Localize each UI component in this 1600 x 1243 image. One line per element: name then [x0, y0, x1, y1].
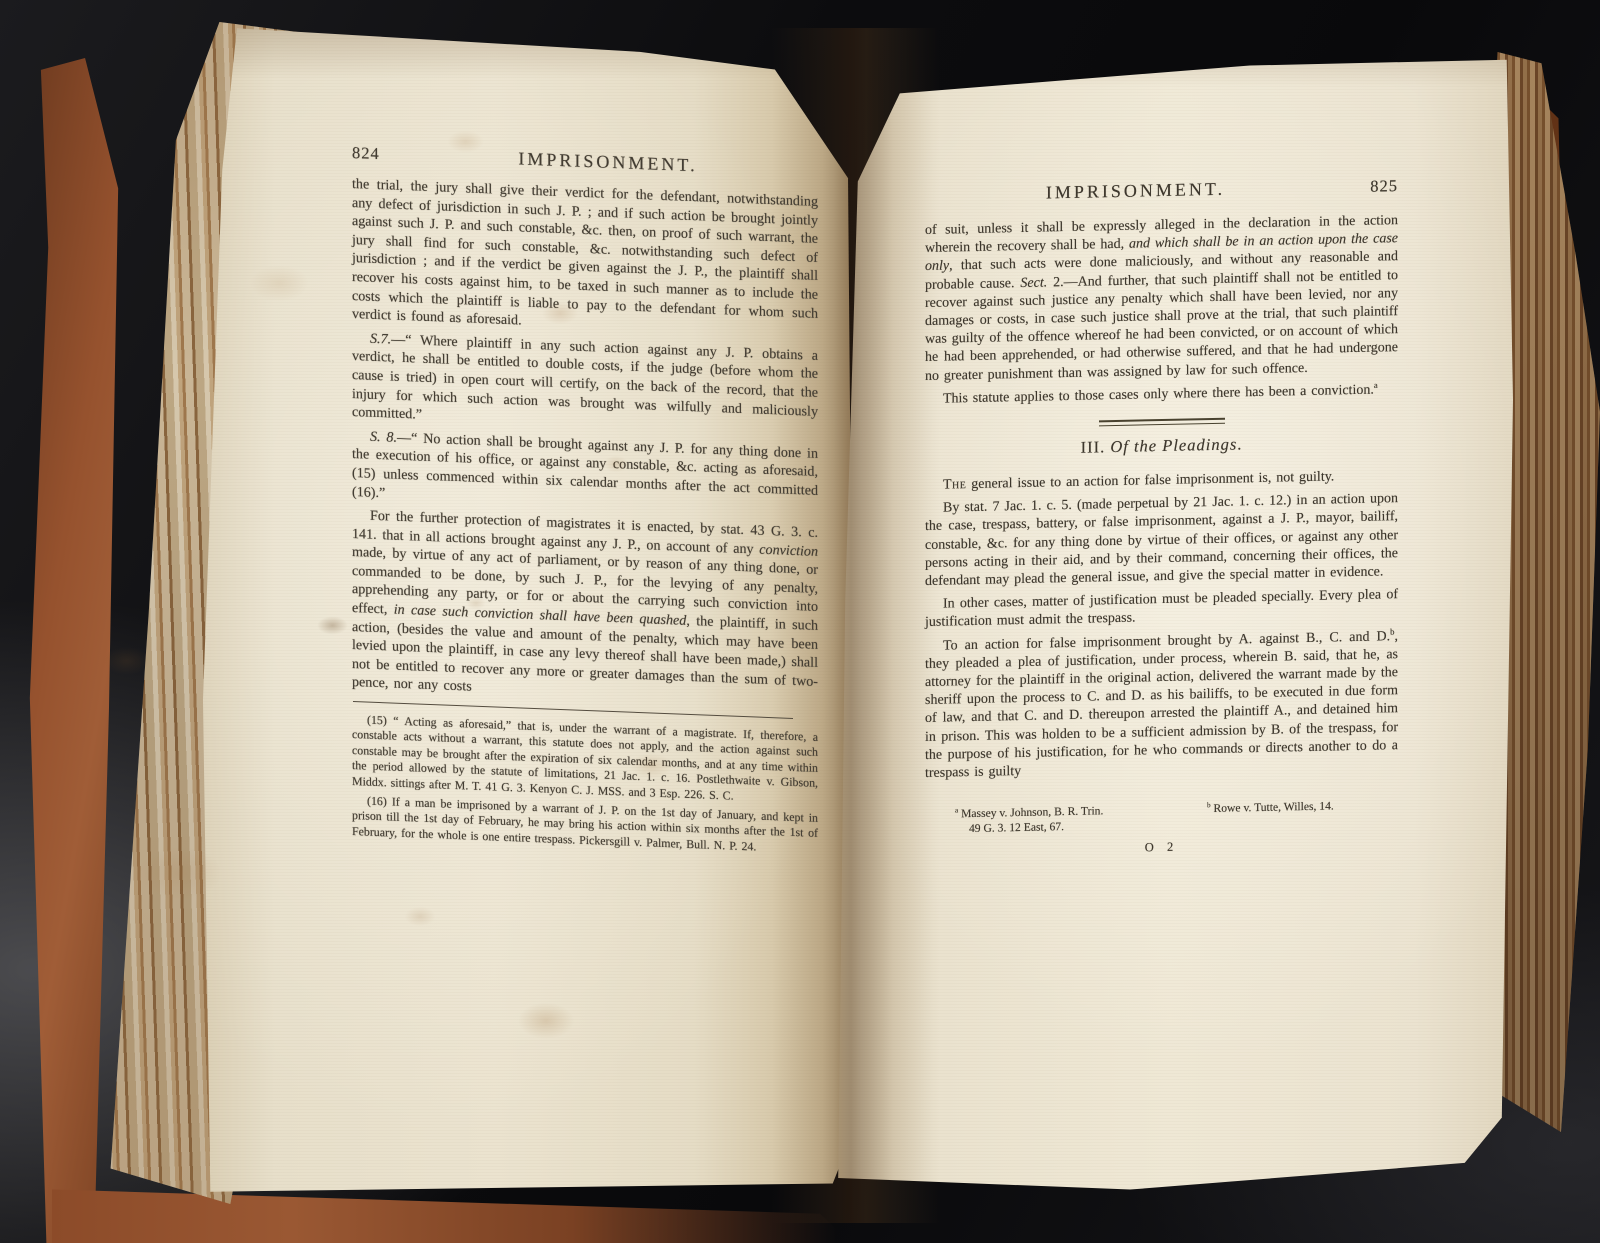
page-824-text: 824 IMPRISONMENT. the trial, the jury sh…: [352, 142, 818, 861]
leather-cover-bottom-edge: [52, 1182, 852, 1243]
page-825-body-bottom: The general issue to an action for false…: [925, 467, 1398, 783]
italic-text-run: conviction: [759, 541, 818, 559]
paragraph: In other cases, matter of justification …: [925, 586, 1398, 632]
text-run: This statute applies to those cases only…: [943, 382, 1374, 406]
italic-text-run: S. 8.: [370, 428, 397, 445]
text-run: In other cases, matter of justification …: [925, 587, 1398, 630]
text-run: III.: [1081, 437, 1111, 457]
footnote-a: a Massey v. Johnson, B. R. Trin. 49 G. 3…: [955, 802, 1181, 837]
page-number: 824: [352, 143, 398, 165]
leather-cover-left-edge: [28, 58, 120, 1243]
page-825-body-top: of suit, unless it shall be expressly al…: [925, 212, 1398, 409]
page-824-body: the trial, the jury shall give their ver…: [352, 175, 818, 710]
book-photo-scene: 824 IMPRISONMENT. the trial, the jury sh…: [0, 0, 1600, 1243]
page-824-footnotes: (15) “ Acting as aforesaid,” that is, un…: [352, 712, 818, 857]
text-run: Massey v. Johnson, B. R. Trin.: [958, 805, 1103, 821]
text-run: The: [943, 477, 966, 492]
text-run: —“ Where plaintiff in any such action ag…: [352, 331, 818, 423]
section-divider-rule: [1099, 418, 1225, 427]
text-run: (15) “ Acting as aforesaid,” that is, un…: [352, 713, 818, 803]
paragraph: (15) “ Acting as aforesaid,” that is, un…: [352, 712, 818, 807]
paragraph: To an action for false imprisonment brou…: [925, 628, 1398, 784]
page-825-text: IMPRISONMENT. 825 of suit, unless it sha…: [925, 175, 1398, 860]
text-run: .: [1237, 434, 1242, 453]
paragraph: S. 8.—“ No action shall be brought again…: [352, 427, 818, 519]
page-825-footnotes: a Massey v. Johnson, B. R. Trin. 49 G. 3…: [955, 797, 1398, 836]
text-run: , the plaintiff, in such action, (beside…: [352, 613, 818, 695]
text-run: the trial, the jury shall give their ver…: [352, 176, 818, 329]
paragraph: S.7.—“ Where plaintiff in any such actio…: [352, 329, 818, 440]
italic-text-run: S.7.: [370, 330, 391, 347]
paragraph: By stat. 7 Jac. 1. c. 5. (made perpetual…: [925, 490, 1398, 591]
footnote-b: b Rowe v. Tutte, Willes, 14.: [1207, 799, 1334, 832]
text-run: Rowe v. Tutte, Willes, 14.: [1211, 800, 1334, 816]
text-run: By stat. 7 Jac. 1. c. 5. (made perpetual…: [925, 491, 1398, 589]
text-run: —“ No action shall be brought against an…: [352, 429, 818, 500]
paragraph: This statute applies to those cases only…: [925, 381, 1398, 409]
superscript-note-marker: a: [1374, 380, 1378, 390]
italic-text-run: Of the Pleadings: [1110, 434, 1237, 456]
paragraph: of suit, unless it shall be expressly al…: [925, 212, 1398, 386]
paragraph: the trial, the jury shall give their ver…: [352, 175, 818, 342]
paragraph: For the further protection of magistrate…: [352, 506, 818, 710]
section-heading: III. Of the Pleadings.: [925, 431, 1398, 461]
text-run: general issue to an action for false imp…: [966, 469, 1334, 492]
page-number: 825: [1346, 176, 1398, 197]
italic-text-run: Sect.: [1020, 275, 1047, 291]
